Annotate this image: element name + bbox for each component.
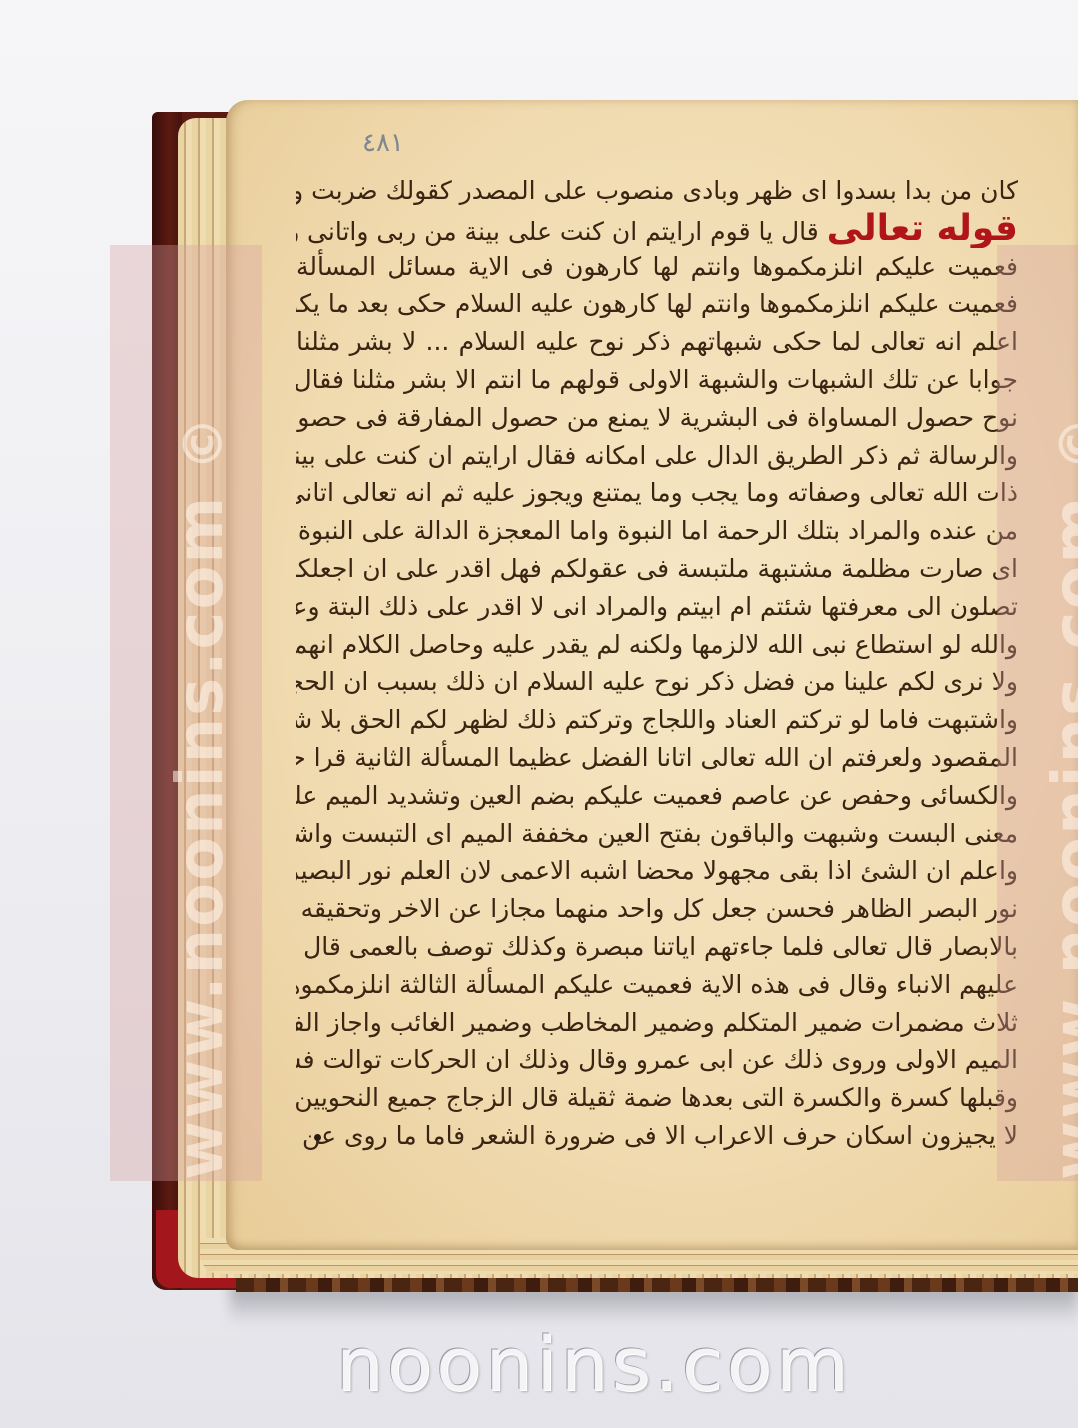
text-line: فعميت عليكم انلزمكموها وانتم لها كارهون … bbox=[296, 285, 1018, 323]
text-line: بالابصار قال تعالى فلما جاءتهم اياتنا مب… bbox=[296, 928, 1018, 966]
text-line: اى صارت مظلمة مشتبهة ملتبسة فى عقولكم فه… bbox=[296, 550, 1018, 588]
text-line: اعلم انه تعالى لما حكى شبهاتهم ذكر نوح ع… bbox=[296, 323, 1018, 361]
watermark-bottom: noonins.com bbox=[336, 1322, 852, 1408]
text-line: ثلاث مضمرات ضمير المتكلم وضمير المخاطب و… bbox=[296, 1004, 1018, 1042]
text-line: ولا نرى لكم علينا من فضل ذكر نوح عليه ال… bbox=[296, 663, 1018, 701]
text-line: قال يا قوم ارايتم ان كنت على بينة من ربى… bbox=[296, 217, 819, 246]
copyright-icon: © bbox=[1048, 415, 1078, 471]
text-line: واعلم ان الشئ اذا بقى مجهولا محضا اشبه ا… bbox=[296, 852, 1018, 890]
text-line-heading: قوله تعالى قال يا قوم ارايتم ان كنت على … bbox=[296, 210, 1018, 248]
watermark-vertical-right: www.noonins.com © bbox=[1040, 415, 1078, 1180]
watermark-text: www.noonins.com bbox=[1040, 495, 1078, 1180]
text-line: معنى البست وشبهت والباقون بفتح العين مخف… bbox=[296, 815, 1018, 853]
rubric-heading: قوله تعالى bbox=[827, 210, 1018, 248]
text-line: والكسائى وحفص عن عاصم فعميت عليكم بضم ال… bbox=[296, 777, 1018, 815]
text-line: والله لو استطاع نبى الله لالزمها ولكنه ل… bbox=[296, 626, 1018, 664]
text-line: نور البصر الظاهر فحسن جعل كل واحد منهما … bbox=[296, 890, 1018, 928]
text-line: والرسالة ثم ذكر الطريق الدال على امكانه … bbox=[296, 437, 1018, 475]
text-line: كان من بدا بسدوا اى ظهر وبادى منصوب على … bbox=[296, 172, 1018, 210]
text-line: جوابا عن تلك الشبهات والشبهة الاولى قوله… bbox=[296, 361, 1018, 399]
text-line: من عنده والمراد بتلك الرحمة اما النبوة و… bbox=[296, 512, 1018, 550]
watermark-text: www.noonins.com bbox=[164, 495, 238, 1180]
folio-number: ٤٨١ bbox=[362, 128, 404, 158]
text-line: واشتبهت فاما لو تركتم العناد واللجاج وتر… bbox=[296, 701, 1018, 739]
text-line: عليهم الانباء وقال فى هذه الاية فعميت عل… bbox=[296, 966, 1018, 1004]
text-line: تصلون الى معرفتها شئتم ام ابيتم والمراد … bbox=[296, 588, 1018, 626]
text-line: وقبلها كسرة والكسرة التى بعدها ضمة ثقيلة… bbox=[296, 1079, 1018, 1117]
text-line: الميم الاولى وروى ذلك عن ابى عمرو وقال و… bbox=[296, 1041, 1018, 1079]
watermark-vertical-left: www.noonins.com © bbox=[164, 415, 238, 1180]
text-line: نوح حصول المساواة فى البشرية لا يمنع من … bbox=[296, 399, 1018, 437]
text-line: ذات الله تعالى وصفاته وما يجب وما يمتنع … bbox=[296, 474, 1018, 512]
manuscript-text: كان من بدا بسدوا اى ظهر وبادى منصوب على … bbox=[296, 172, 1018, 1155]
copyright-icon: © bbox=[172, 415, 235, 471]
text-line: المقصود ولعرفتم ان الله تعالى اتانا الفض… bbox=[296, 739, 1018, 777]
end-dot bbox=[314, 1134, 321, 1141]
text-line: فعميت عليكم انلزمكموها وانتم لها كارهون … bbox=[296, 248, 1018, 286]
text-line: لا يجيزون اسكان حرف الاعراب الا فى ضرورة… bbox=[296, 1117, 1018, 1155]
